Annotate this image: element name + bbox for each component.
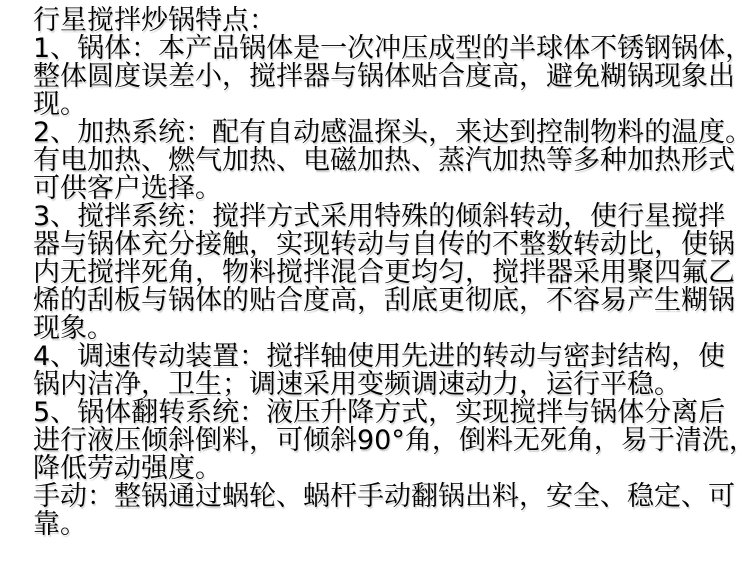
text-line: 进行液压倾斜倒料，可倾斜90°角，倒料无死角，易于清洗， xyxy=(33,427,751,455)
text-line: 烯的刮板与锅体的贴合度高，刮底更彻底，不容易产生糊锅 xyxy=(33,287,751,315)
text-line: 手动：整锅通过蜗轮、蜗杆手动翻锅出料，安全、稳定、可 xyxy=(33,483,751,511)
text-line: 现。 xyxy=(33,91,751,119)
text-line: 降低劳动强度。 xyxy=(33,455,751,483)
text-line: 4、调速传动装置：搅拌轴使用先进的转动与密封结构，使 xyxy=(33,343,751,371)
product-feature-document: 行星搅拌炒锅特点： 1、锅体：本产品锅体是一次冲压成型的半球体不锈钢锅体， 整体… xyxy=(0,0,751,575)
text-line: 内无搅拌死角，物料搅拌混合更均匀，搅拌器采用聚四氟乙 xyxy=(33,259,751,287)
text-line: 器与锅体充分接触，实现转动与自传的不整数转动比，使锅 xyxy=(33,231,751,259)
text-line: 可供客户选择。 xyxy=(33,175,751,203)
text-line: 1、锅体：本产品锅体是一次冲压成型的半球体不锈钢锅体， xyxy=(33,35,751,63)
text-line: 3、搅拌系统：搅拌方式采用特殊的倾斜转动，使行星搅拌 xyxy=(33,203,751,231)
text-line: 整体圆度误差小，搅拌器与锅体贴合度高，避免糊锅现象出 xyxy=(33,63,751,91)
text-line: 2、加热系统：配有自动感温探头，来达到控制物料的温度。 xyxy=(33,119,751,147)
text-line: 靠。 xyxy=(33,511,751,539)
text-line: 锅内洁净，卫生；调速采用变频调速动力，运行平稳。 xyxy=(33,371,751,399)
text-line: 有电加热、燃气加热、电磁加热、蒸汽加热等多种加热形式 xyxy=(33,147,751,175)
text-line: 5、锅体翻转系统：液压升降方式，实现搅拌与锅体分离后 xyxy=(33,399,751,427)
text-line: 现象。 xyxy=(33,315,751,343)
doc-title: 行星搅拌炒锅特点： xyxy=(33,7,751,35)
